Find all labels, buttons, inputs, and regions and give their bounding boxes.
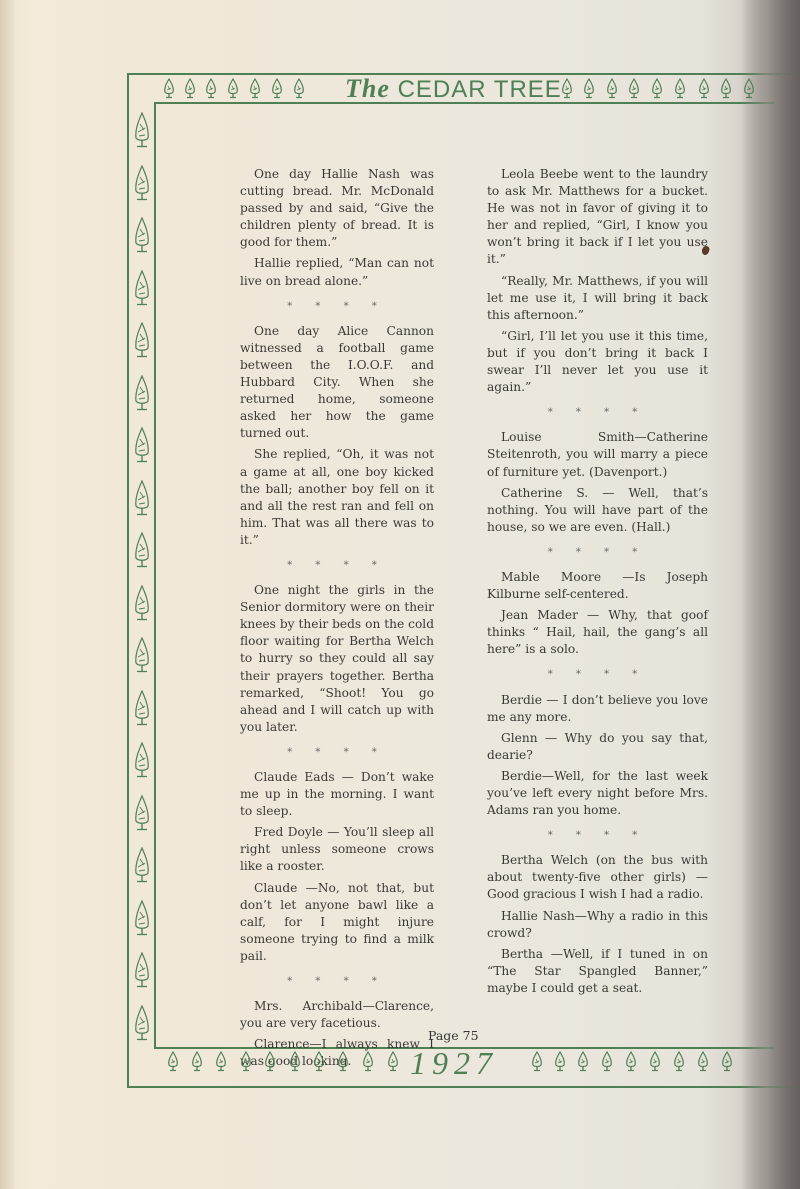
section-separator: * * * * xyxy=(487,544,708,561)
cedar-tree-icon xyxy=(239,1051,253,1073)
cedar-tree-icon xyxy=(696,1051,710,1073)
section-separator: * * * * xyxy=(487,404,708,421)
cedar-tree-icon xyxy=(582,78,596,100)
section-separator: * * * * xyxy=(487,666,708,683)
cedar-tree-icon xyxy=(288,1051,302,1073)
paragraph: One day Hallie Nash was cutting bread. M… xyxy=(240,166,434,251)
paragraph: One day Alice Cannon witnessed a footbal… xyxy=(240,323,434,443)
cedar-tree-icon xyxy=(627,78,641,100)
page-number: Page 75 xyxy=(428,1028,479,1043)
cedar-tree-icon xyxy=(600,1051,614,1073)
paragraph: Mable Moore —Is Joseph Kilburne self-cen… xyxy=(487,569,708,603)
paragraph: Berdie — I don’t believe you love me any… xyxy=(487,692,708,726)
cedar-tree-icon xyxy=(576,1051,590,1073)
paragraph: Glenn — Why do you say that, dearie? xyxy=(487,730,708,764)
paragraph: Mrs. Archibald—Clarence, you are very fa… xyxy=(240,998,434,1032)
cedar-tree-icon xyxy=(133,427,151,465)
paragraph: Jean Mader — Why, that goof thinks “ Hai… xyxy=(487,607,708,658)
cedar-tree-icon xyxy=(672,1051,686,1073)
cedar-tree-icon xyxy=(190,1051,204,1073)
cedar-tree-icon xyxy=(133,165,151,203)
paragraph: Louise Smith—Catherine Steitenroth, you … xyxy=(487,429,708,480)
cedar-tree-icon xyxy=(697,78,711,100)
section-separator: * * * * xyxy=(240,557,434,574)
cedar-tree-icon xyxy=(166,1051,180,1073)
cedar-tree-icon xyxy=(648,1051,662,1073)
paragraph: “Girl, I’ll let you use it this time, bu… xyxy=(487,328,708,396)
section-separator: * * * * xyxy=(240,298,434,315)
cedar-tree-icon xyxy=(133,637,151,675)
cedar-tree-icon xyxy=(133,532,151,570)
cedar-tree-icon xyxy=(133,795,151,833)
book-spine-shadow xyxy=(0,0,14,1189)
section-separator: * * * * xyxy=(240,973,434,990)
cedar-tree-icon xyxy=(650,78,664,100)
section-separator: * * * * xyxy=(240,744,434,761)
paragraph: She replied, “Oh, it was not a game at a… xyxy=(240,446,434,549)
cedar-tree-icon xyxy=(133,585,151,623)
cedar-tree-icon xyxy=(133,270,151,308)
yearbook-title: The CEDAR TREE xyxy=(345,74,562,104)
paragraph: Claude Eads — Don’t wake me up in the mo… xyxy=(240,769,434,820)
cedar-tree-icon xyxy=(530,1051,544,1073)
cedar-tree-icon xyxy=(204,78,218,100)
cedar-tree-icon xyxy=(162,78,176,100)
cedar-tree-icon xyxy=(133,1005,151,1043)
cedar-tree-icon xyxy=(673,78,687,100)
cedar-tree-icon xyxy=(624,1051,638,1073)
right-text-column: Leola Beebe went to the laundry to ask M… xyxy=(487,166,708,1001)
paragraph: Fred Doyle — You’ll sleep all right unle… xyxy=(240,824,434,875)
cedar-tree-icon xyxy=(292,78,306,100)
cedar-tree-icon xyxy=(361,1051,375,1073)
paragraph: Berdie—Well, for the last week you’ve le… xyxy=(487,768,708,819)
cedar-tree-icon xyxy=(553,1051,567,1073)
paragraph: Bertha —Well, if I tuned in on “The Star… xyxy=(487,946,708,997)
cedar-tree-icon xyxy=(133,690,151,728)
cedar-tree-icon xyxy=(214,1051,228,1073)
paragraph: One night the girls in the Senior dormit… xyxy=(240,582,434,736)
paragraph: Hallie replied, “Man can not live on bre… xyxy=(240,255,434,289)
cedar-tree-icon xyxy=(605,78,619,100)
cedar-tree-icon xyxy=(263,1051,277,1073)
cedar-tree-icon xyxy=(183,78,197,100)
paragraph: Leola Beebe went to the laundry to ask M… xyxy=(487,166,708,269)
cedar-tree-icon xyxy=(133,480,151,518)
paragraph: Hallie Nash—Why a radio in this crowd? xyxy=(487,908,708,942)
cedar-tree-icon xyxy=(719,78,733,100)
cedar-tree-icon xyxy=(133,375,151,413)
paragraph: “Really, Mr. Matthews, if you will let m… xyxy=(487,273,708,324)
cedar-tree-icon xyxy=(133,112,151,150)
title-main: CEDAR TREE xyxy=(398,76,562,103)
cedar-tree-icon xyxy=(133,900,151,938)
page-curl-shadow xyxy=(740,0,800,1189)
cedar-tree-icon xyxy=(560,78,574,100)
cedar-tree-icon xyxy=(720,1051,734,1073)
section-separator: * * * * xyxy=(487,827,708,844)
cedar-tree-icon xyxy=(248,78,262,100)
cedar-tree-icon xyxy=(133,742,151,780)
cedar-tree-icon xyxy=(226,78,240,100)
cedar-tree-icon xyxy=(312,1051,326,1073)
paragraph: Bertha Welch (on the bus with about twen… xyxy=(487,852,708,903)
paragraph: Claude —No, not that, but don’t let anyo… xyxy=(240,880,434,965)
cedar-tree-icon xyxy=(133,217,151,255)
cedar-tree-icon xyxy=(133,322,151,360)
paragraph: Catherine S. — Well, that’s nothing. You… xyxy=(487,485,708,536)
cedar-tree-icon xyxy=(742,78,756,100)
cedar-tree-icon xyxy=(133,952,151,990)
cedar-tree-icon xyxy=(336,1051,350,1073)
title-prefix: The xyxy=(345,74,390,103)
cedar-tree-icon xyxy=(133,847,151,885)
cedar-tree-icon xyxy=(386,1051,400,1073)
left-text-column: One day Hallie Nash was cutting bread. M… xyxy=(240,166,434,1075)
cedar-tree-icon xyxy=(270,78,284,100)
